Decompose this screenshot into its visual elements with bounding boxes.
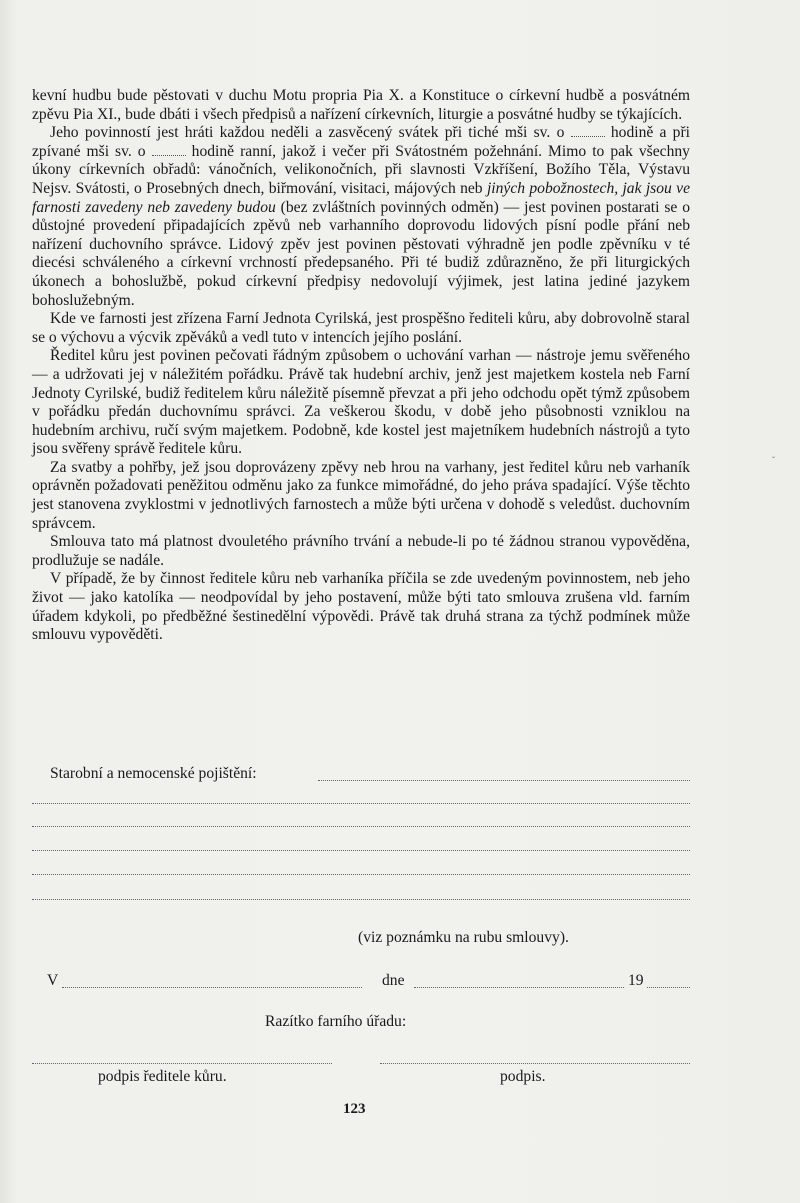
signature-line-left[interactable] [32,1063,332,1064]
paragraph-4: Ředitel kůru jest povinen pečovati řádný… [32,347,690,459]
body-text: kevní hudbu bude pěstovati v duchu Motu … [32,87,690,645]
document-page: kevní hudbu bude pěstovati v duchu Motu … [0,0,800,1203]
paragraph-6: Smlouva tato má platnost dvouletého práv… [32,533,690,570]
insurance-field-line-5[interactable] [32,899,690,900]
signature-label-left: podpis ředitele kůru. [98,1068,227,1086]
signature-line-right[interactable] [380,1063,690,1064]
paragraph-1: kevní hudbu bude pěstovati v duchu Motu … [32,87,690,124]
mass-hour-blank-2[interactable] [152,145,186,156]
place-label: V [47,972,58,990]
note-text: (viz poznámku na rubu smlouvy). [358,929,569,947]
insurance-field-line-3[interactable] [32,850,690,851]
insurance-field-line-1[interactable] [32,803,690,804]
date-label: dne [382,972,405,990]
year-field[interactable] [647,987,690,988]
year-prefix: 19 [628,972,644,990]
signature-label-right: podpis. [500,1068,546,1086]
scan-mark: ˇ [772,455,775,465]
insurance-label: Starobní a nemocenské pojištění: [50,765,257,783]
page-number: 123 [343,1101,366,1118]
mass-hour-blank-1[interactable] [571,126,605,137]
paragraph-5: Za svatby a pohřby, jež jsou doprovázeny… [32,459,690,533]
paragraph-2: Jeho povinností jest hráti každou neděli… [32,124,690,310]
place-field[interactable] [62,987,362,988]
paragraph-3: Kde ve farnosti jest zřízena Farní Jedno… [32,310,690,347]
paragraph-2-part1: Jeho povinností jest hráti každou neděli… [50,124,564,141]
paragraph-7: V případě, že by činnost ředitele kůru n… [32,570,690,644]
date-field[interactable] [414,987,624,988]
insurance-field-line-2[interactable] [32,826,690,827]
insurance-field-line-0[interactable] [318,780,690,781]
insurance-field-line-4[interactable] [32,874,690,875]
stamp-label: Razítko farního úřadu: [265,1013,406,1031]
